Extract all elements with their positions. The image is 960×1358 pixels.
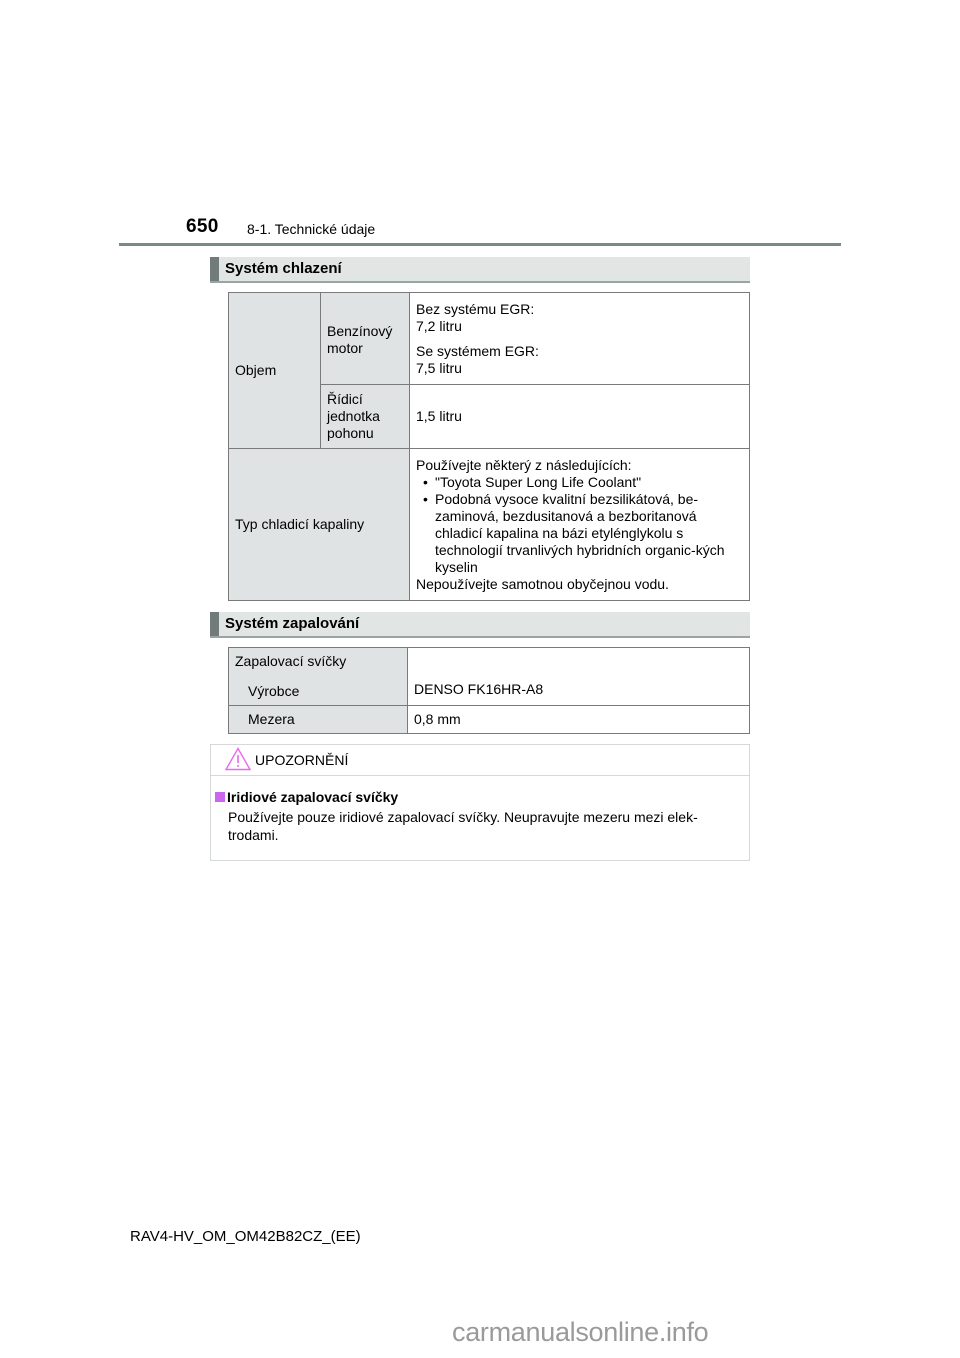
section-marker [210, 257, 219, 281]
warning-triangle-icon [225, 747, 251, 771]
list-item: "Toyota Super Long Life Coolant" [416, 474, 743, 491]
caution-text: Používejte pouze iridiové zapalovací sví… [215, 808, 745, 844]
watermark: carmanualsonline.info [452, 1317, 708, 1348]
with-egr-label: Se systémem EGR: [416, 343, 743, 360]
coolant-type-value: Používejte některý z následujících: "Toy… [410, 449, 750, 601]
cooling-spec-table: Objem Benzínový motor Bez systému EGR: 7… [228, 292, 750, 601]
ignition-section-title: Systém zapalování [225, 615, 359, 632]
table-row: Objem Benzínový motor Bez systému EGR: 7… [229, 293, 750, 385]
maker-label: Výrobce [229, 675, 407, 705]
ignition-section-header: Systém zapalování [210, 612, 750, 638]
table-row: Mezera 0,8 mm [229, 706, 750, 734]
section-marker [210, 612, 219, 636]
table-row: Zapalovací svíčky Výrobce DENSO FK16HR-A… [229, 648, 750, 706]
caution-header: UPOZORNĚNÍ [211, 745, 749, 776]
coolant-note: Nepoužívejte samotnou obyčejnou vodu. [416, 576, 743, 593]
list-item: Podobná vysoce kvalitní bezsilikátová, b… [416, 491, 743, 576]
gasoline-engine-value: Bez systému EGR: 7,2 litru Se systémem E… [410, 293, 750, 385]
coolant-intro: Používejte některý z následujících: [416, 457, 743, 474]
without-egr-label: Bez systému EGR: [416, 301, 743, 318]
page-number: 650 [186, 216, 219, 238]
caution-body: Iridiové zapalovací svíčky Používejte po… [215, 788, 745, 844]
table-row: Typ chladicí kapaliny Používejte některý… [229, 449, 750, 601]
caution-title: UPOZORNĚNÍ [255, 752, 348, 768]
ignition-spec-table: Zapalovací svíčky Výrobce DENSO FK16HR-A… [228, 647, 750, 734]
coolant-options: "Toyota Super Long Life Coolant" Podobná… [416, 474, 743, 576]
pcu-label: Řídicí jednotka pohonu [321, 385, 410, 449]
gasoline-engine-label: Benzínový motor [321, 293, 410, 385]
spark-plugs-cell: Zapalovací svíčky Výrobce [229, 648, 408, 706]
caution-subheading: Iridiové zapalovací svíčky [227, 789, 398, 805]
with-egr-value: 7,5 litru [416, 360, 743, 377]
square-bullet-icon [215, 792, 225, 802]
without-egr-value: 7,2 litru [416, 318, 743, 335]
cooling-section-header: Systém chlazení [210, 257, 750, 283]
capacity-label: Objem [229, 293, 321, 449]
gap-value: 0,8 mm [408, 706, 750, 734]
caution-box: UPOZORNĚNÍ Iridiové zapalovací svíčky Po… [210, 744, 750, 861]
maker-value: DENSO FK16HR-A8 [408, 648, 750, 706]
spark-plugs-label: Zapalovací svíčky [229, 648, 407, 675]
gap-label: Mezera [229, 706, 408, 734]
pcu-value: 1,5 litru [410, 385, 750, 449]
document-code: RAV4-HV_OM_OM42B82CZ_(EE) [130, 1228, 361, 1245]
header-rule [119, 243, 841, 246]
section-label: 8-1. Technické údaje [247, 221, 375, 237]
coolant-type-label: Typ chladicí kapaliny [229, 449, 410, 601]
cooling-section-title: Systém chlazení [225, 260, 342, 277]
